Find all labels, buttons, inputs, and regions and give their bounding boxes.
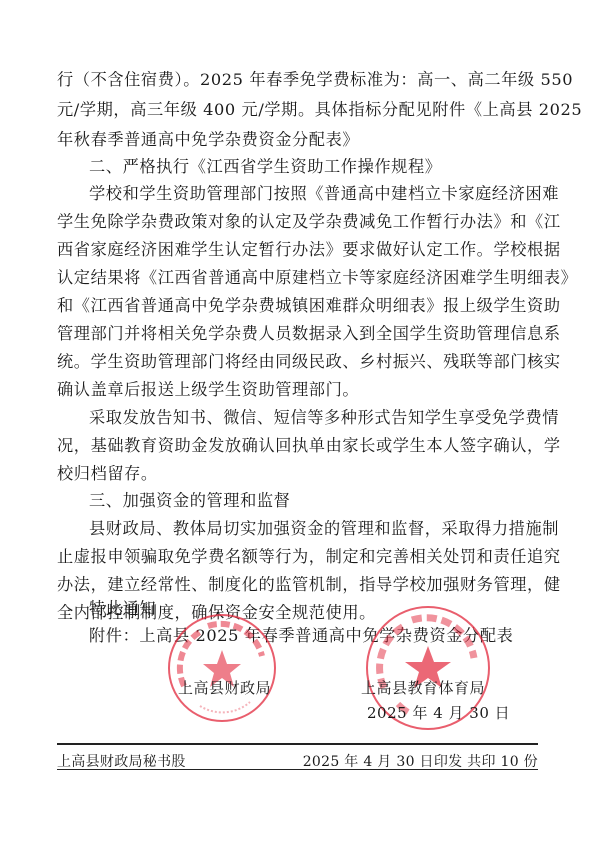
section-2-line-4: 认定结果将《江西省普通高中原建档立卡等家庭经济困难学生明细表》 bbox=[57, 268, 541, 288]
section-3-heading: 三、加强资金的管理和监督 bbox=[89, 491, 541, 511]
seal-star-icon bbox=[170, 616, 274, 720]
section-3-line-2: 止虚报申领骗取免学费名额等行为，制定和完善相关处罚和责任追究 bbox=[57, 547, 541, 567]
section-2-p2-line-2: 况，基础教育资助金发放确认回执单由家长或学生本人签字确认，学 bbox=[57, 436, 541, 456]
signature-date: 2025 年 4 月 30 日 bbox=[367, 702, 510, 723]
section-2-line-6: 管理部门并将相关免学杂费人员数据录入到全国学生资助管理信息系 bbox=[57, 324, 541, 344]
section-2-line-8: 确认盖章后报送上级学生资助管理部门。 bbox=[57, 380, 541, 400]
section-2-heading: 二、严格执行《江西省学生资助工作操作规程》 bbox=[89, 157, 541, 177]
intro-line-2: 元/学期，高三年级 400 元/学期。具体指标分配见附件《上高县 2025 bbox=[57, 100, 541, 120]
section-2-line-3: 西省家庭经济困难学生认定暂行办法》要求做好认定工作。学校根据 bbox=[57, 240, 541, 260]
signature-education-bureau: 上高县教育体育局 bbox=[361, 677, 485, 698]
section-2-line-7: 统。学生资助管理部门将经由同级民政、乡村振兴、残联等部门核实 bbox=[57, 352, 541, 372]
document-page: 行（不含住宿费）。2025 年春季免学费标准为：高一、高二年级 550 元/学期… bbox=[0, 0, 595, 841]
footer-top-rule bbox=[57, 743, 538, 745]
intro-line-3: 年秋春季普通高中免学杂费资金分配表》 bbox=[57, 130, 541, 150]
section-2-line-1: 学校和学生资助管理部门按照《普通高中建档立卡家庭经济困难 bbox=[89, 184, 541, 204]
intro-line-1: 行（不含住宿费）。2025 年春季免学费标准为：高一、高二年级 550 bbox=[57, 70, 541, 90]
signature-finance-bureau: 上高县财政局 bbox=[178, 677, 271, 698]
footer-issuer: 上高县财政局秘书股 bbox=[57, 751, 186, 771]
section-2-p2-line-1: 采取发放告知书、微信、短信等多种形式告知学生享受免学费情 bbox=[89, 408, 541, 428]
section-3-line-3: 办法，建立经常性、制度化的监管机制，指导学校加强财务管理，健 bbox=[57, 575, 541, 595]
section-2-line-2: 学生免除学杂费政策对象的认定及学杂费减免工作暂行办法》和《江 bbox=[57, 212, 541, 232]
footer-bottom-rule bbox=[57, 769, 538, 770]
finance-bureau-seal bbox=[168, 614, 276, 722]
section-2-p2-line-3: 校归档留存。 bbox=[57, 464, 541, 484]
section-2-line-5: 和《江西省普通高中免学杂费城镇困难群众明细表》报上级学生资助 bbox=[57, 296, 541, 316]
footer-print-info: 2025 年 4 月 30 日印发 共印 10 份 bbox=[303, 751, 538, 771]
section-3-line-1: 县财政局、教体局切实加强资金的管理和监督，采取得力措施制 bbox=[89, 519, 541, 539]
